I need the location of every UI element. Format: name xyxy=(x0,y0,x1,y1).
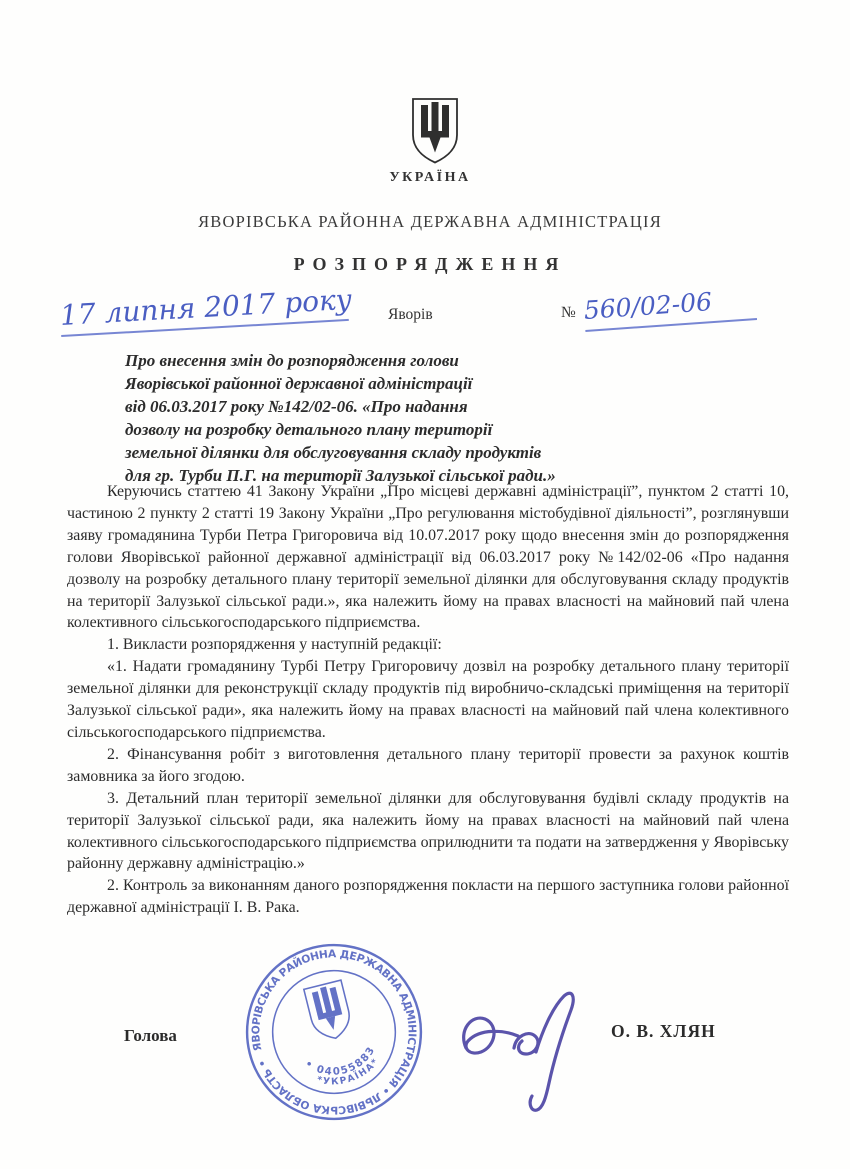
body-paragraph: Керуючись статтею 41 Закону України „Про… xyxy=(67,481,789,634)
organization-name: ЯВОРІВСЬКА РАЙОННА ДЕРЖАВНА АДМІНІСТРАЦІ… xyxy=(10,212,850,232)
official-round-stamp: ЯВОРІВСЬКА РАЙОННА ДЕРЖАВНА АДМІНІСТРАЦІ… xyxy=(224,922,445,1143)
signature-role-label: Голова xyxy=(124,1026,177,1046)
stamp-ring-text: ЯВОРІВСЬКА РАЙОННА ДЕРЖАВНА АДМІНІСТРАЦІ… xyxy=(231,929,437,1134)
body-paragraph: 2. Фінансування робіт з виготовлення дет… xyxy=(67,744,789,788)
body-paragraph: «1. Надати громадянину Турбі Петру Григо… xyxy=(67,656,789,744)
body-paragraph: 2. Контроль за виконанням даного розпоря… xyxy=(67,875,789,919)
document-subject: Про внесення змін до розпорядження голов… xyxy=(125,349,735,487)
subject-line: дозволу на розробку детального плану тер… xyxy=(125,418,735,441)
body-paragraph: 1. Викласти розпорядження у наступній ре… xyxy=(67,634,789,656)
handwritten-number: 560/02-06 xyxy=(583,284,757,332)
subject-line: Про внесення змін до розпорядження голов… xyxy=(125,349,735,372)
document-type-title: РОЗПОРЯДЖЕННЯ xyxy=(10,254,850,275)
signatory-name: О. В. ХЛЯН xyxy=(611,1021,716,1042)
handwritten-date: 17 липня 2017 року xyxy=(59,283,349,337)
subject-line: земельної ділянки для обслуговування скл… xyxy=(125,441,735,464)
country-name: УКРАЇНА xyxy=(10,170,850,186)
place-name: Яворів xyxy=(388,306,433,324)
subject-line: Яворівської районної державної адміністр… xyxy=(125,372,735,395)
stamp-trident-icon xyxy=(304,980,354,1043)
signature-autograph-icon xyxy=(452,986,617,1121)
number-label: № xyxy=(561,304,576,322)
document-body: Керуючись статтею 41 Закону України „Про… xyxy=(67,481,789,919)
trident-emblem-icon xyxy=(406,95,464,165)
subject-line: від 06.03.2017 року №142/02-06. «Про над… xyxy=(125,395,735,418)
svg-text:ЯВОРІВСЬКА РАЙОННА ДЕРЖАВНА АД: ЯВОРІВСЬКА РАЙОННА ДЕРЖАВНА АДМІНІСТРАЦІ… xyxy=(231,929,437,1134)
body-paragraph: 3. Детальний план території земельної ді… xyxy=(67,788,789,876)
document-page: УКРАЇНА ЯВОРІВСЬКА РАЙОННА ДЕРЖАВНА АДМІ… xyxy=(0,0,850,1169)
